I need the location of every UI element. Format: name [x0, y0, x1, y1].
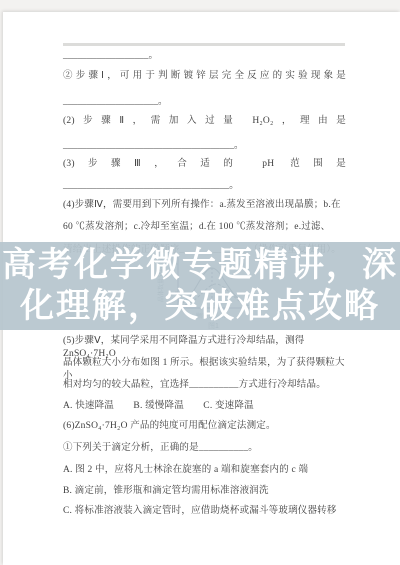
banner-title-line2: 化理解，突破难点攻略 [20, 286, 380, 327]
document-screenshot: { "overlay": { "title_line1": "高考化学微专题精讲… [0, 0, 400, 565]
cropped-image-bottom-edge [63, 43, 345, 46]
text-line: 60 ℃蒸发溶剂；c.冷却至室温；d.在 100 ℃蒸发溶剂；e.过滤、 [63, 221, 346, 234]
promo-banner-overlay: 高考化学微专题精讲，深 化理解，突破难点攻略 [0, 242, 400, 330]
text-line: 相对均匀的较大晶粒，宜选择__________方式进行冷却结晶。 [63, 379, 346, 392]
text-line: (6)ZnSO₄·7H₂O 产品的纯度可用配位滴定法测定。 [63, 420, 346, 433]
blank-answer-line: ___________________________________。 [63, 180, 346, 193]
blank-answer-line: ____________________________________。 [63, 140, 346, 153]
banner-title-line1: 高考化学微专题精讲，深 [2, 245, 398, 286]
blank-answer-line: __________________。 [63, 50, 346, 63]
text-line: ①下列关于滴定分析，正确的是__________。 [63, 442, 346, 455]
text-line: (3)步骤Ⅲ，合适的 pH 范围是 [63, 158, 346, 171]
text-line: (2)步骤Ⅱ，需加入过量 H₂O₂，理由是 [63, 115, 346, 128]
choice-line: A. 图 2 中，应将凡士林涂在旋塞的 a 端和旋塞套内的 c 端 [63, 464, 346, 477]
choice-line: B. 滴定前，锥形瓶和滴定管均需用标准溶液润洗 [63, 485, 346, 498]
choice-line: A. 快速降温 B. 缓慢降温 C. 变速降温 [63, 400, 346, 413]
text-line: (4)步骤Ⅳ，需要用到下列所有操作：a.蒸发至溶液出现晶膜；b.在 [63, 199, 346, 212]
blank-answer-line: ____________________。 [63, 96, 346, 109]
text-line: ②步骤Ⅰ，可用于判断镀锌层完全反应的实验现象是 [63, 70, 346, 83]
choice-line: C. 将标准溶液装入滴定管时，应借助烧杯或漏斗等玻璃仪器转移 [63, 505, 346, 518]
